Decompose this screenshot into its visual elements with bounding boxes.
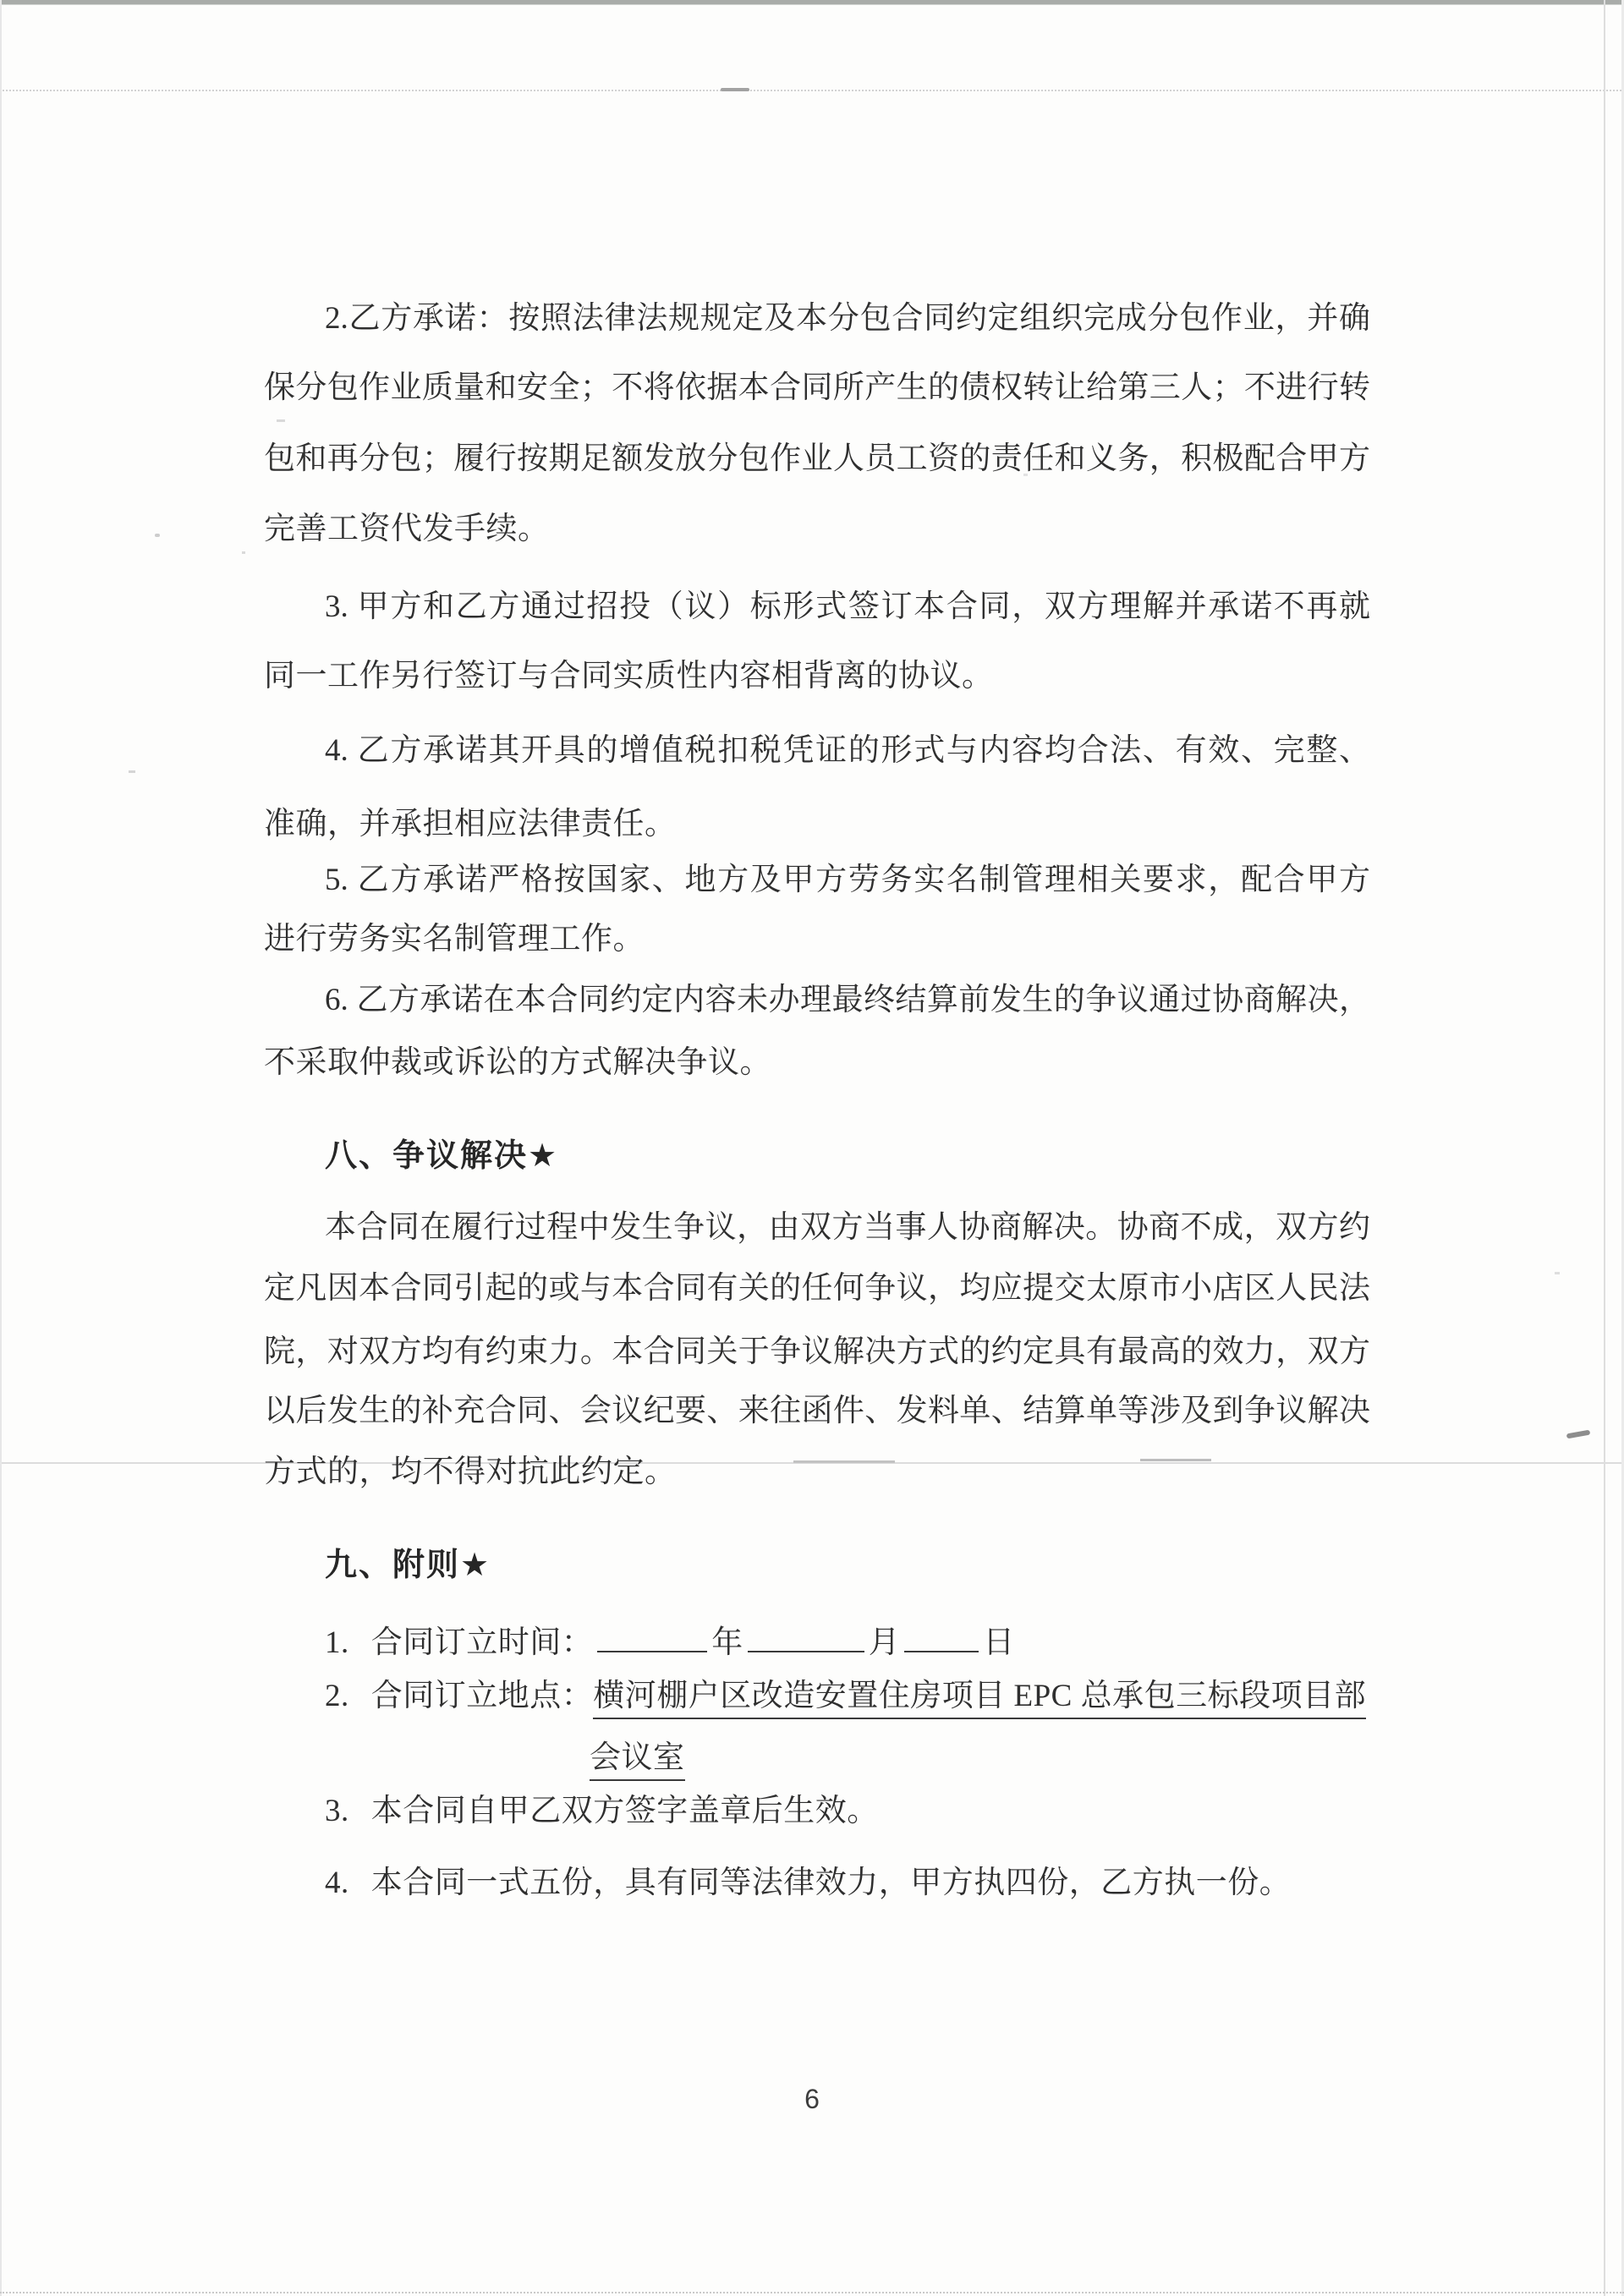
dispute-text-line: 方式的，均不得对抗此约定。: [264, 1453, 677, 1492]
scanned-contract-page: 2.乙方承诺：按照法律法规规定及本分包合同约定组织完成分包作业，并确 保分包作业…: [0, 0, 1624, 2296]
clause-text-line: 6. 乙方承诺在本合同约定内容未办理最终结算前发生的争议通过协商解决，: [325, 981, 1370, 1020]
dispute-text-line: 定凡因本合同引起的或与本合同有关的任何争议，均应提交太原市小店区人民法: [264, 1269, 1370, 1308]
annex-item-4: 4.本合同一式五份，具有同等法律效力，甲方执四份，乙方执一份。: [325, 1864, 1291, 1903]
scan-artifact-fold-dash: [793, 1460, 895, 1463]
scan-artifact-fold-dash: [1140, 1459, 1211, 1461]
annex-item-2: 2.合同订立地点：横河棚户区改造安置住房项目 EPC 总承包三标段项目部: [325, 1677, 1366, 1716]
annex-item-1: 1.合同订立时间：年月日: [325, 1619, 1015, 1658]
scan-artifact-dotted-line-top: [0, 90, 1624, 91]
clause-text-line: 进行劳务实名制管理工作。: [264, 920, 645, 959]
clause-text-line: 2.乙方承诺：按照法律法规规定及本分包合同约定组织完成分包作业，并确: [325, 299, 1370, 338]
clause-text-line: 3. 甲方和乙方通过招投（议）标形式签订本合同，双方理解并承诺不再就: [325, 588, 1370, 627]
annex-item-value: 横河棚户区改造安置住房项目 EPC 总承包三标段项目部: [593, 1679, 1366, 1719]
scan-artifact-dark-dash-top: [721, 88, 749, 91]
annex-item-2-continued: 会议室: [590, 1739, 685, 1778]
annex-item-text: 本合同一式五份，具有同等法律效力，甲方执四份，乙方执一份。: [371, 1866, 1292, 1900]
annex-item-number: 2.: [325, 1677, 349, 1716]
scan-artifact-right-edge-line: [1604, 0, 1605, 2296]
clause-text-line: 5. 乙方承诺严格按国家、地方及甲方劳务实名制管理相关要求，配合甲方: [325, 861, 1370, 900]
clause-text-line: 准确，并承担相应法律责任。: [264, 805, 677, 844]
clause-text-line: 保分包作业质量和安全；不将依据本合同所产生的债权转让给第三人；不进行转: [264, 369, 1370, 408]
annex-item-number: 3.: [325, 1792, 349, 1831]
scan-artifact-top-edge: [0, 0, 1624, 5]
dispute-text-line: 本合同在履行过程中发生争议，由双方当事人协商解决。协商不成，双方约: [325, 1208, 1370, 1247]
clause-text-line: 完善工资代发手续。: [264, 510, 550, 549]
year-char: 年: [711, 1625, 743, 1660]
fill-in-blank-month: [748, 1619, 864, 1652]
scan-artifact-dotted-line-bottom: [0, 2292, 1624, 2293]
section-8-heading: 八、争议解决★: [325, 1137, 558, 1175]
fill-in-blank-year: [597, 1619, 707, 1652]
clause-text-line: 不采取仲裁或诉讼的方式解决争议。: [264, 1044, 771, 1082]
dispute-text-line: 院，对双方均有约束力。本合同关于争议解决方式的约定具有最高的效力，双方: [264, 1333, 1370, 1372]
scan-artifact-left-edge: [0, 0, 2, 2296]
scan-artifact-speck: [242, 551, 245, 554]
annex-item-value: 会议室: [590, 1740, 685, 1781]
scan-artifact-speck: [1555, 1272, 1560, 1274]
clause-text-line: 包和再分包；履行按期足额发放分包作业人员工资的责任和义务，积极配合甲方: [264, 440, 1370, 479]
page-number: 6: [0, 2084, 1624, 2115]
clause-text-line: 同一工作另行签订与合同实质性内容相背离的协议。: [264, 657, 994, 696]
month-char: 月: [869, 1625, 901, 1660]
dispute-text-line: 以后发生的补充合同、会议纪要、来往函件、发料单、结算单等涉及到争议解决: [264, 1392, 1370, 1431]
scan-artifact-speck: [277, 419, 285, 422]
annex-item-3: 3.本合同自甲乙双方签字盖章后生效。: [325, 1792, 879, 1831]
section-9-heading: 九、附则★: [325, 1546, 491, 1585]
scan-artifact-speck: [155, 534, 160, 537]
annex-item-number: 1.: [325, 1624, 349, 1663]
scan-artifact-ink-dash: [1566, 1430, 1591, 1439]
annex-item-label: 合同订立时间：: [371, 1625, 594, 1660]
annex-item-label: 合同订立地点：: [371, 1679, 594, 1713]
clause-text-line: 4. 乙方承诺其开具的增值税扣税凭证的形式与内容均合法、有效、完整、: [325, 732, 1370, 770]
fill-in-blank-day: [904, 1619, 979, 1652]
scan-artifact-speck: [129, 770, 135, 773]
annex-item-text: 本合同自甲乙双方签字盖章后生效。: [371, 1794, 879, 1828]
annex-item-number: 4.: [325, 1864, 349, 1903]
day-char: 日: [983, 1625, 1015, 1660]
